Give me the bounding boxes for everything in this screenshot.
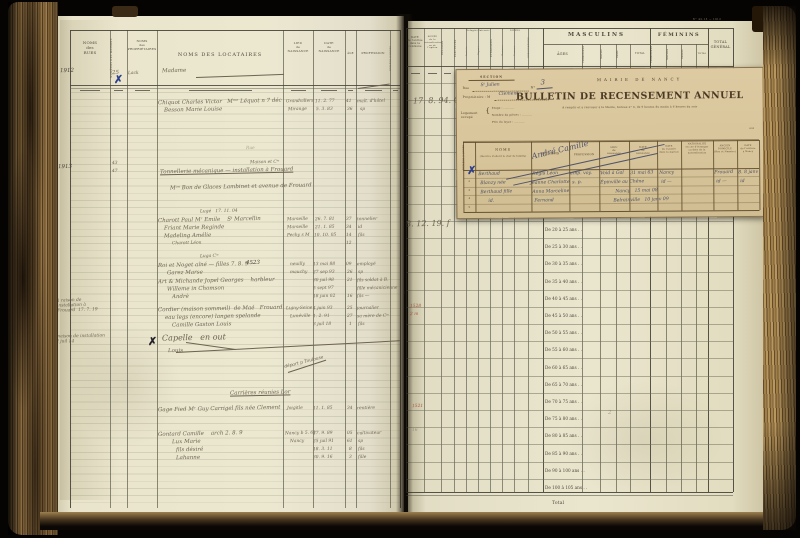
age-bracket-label: De 65 à 70 ans	[545, 382, 582, 387]
col-header-depart: Départ	[478, 38, 490, 64]
handwriting-entry: fille	[358, 455, 366, 460]
card-handwriting-entry: Blanzy née	[480, 180, 506, 186]
handwriting-entry: 30. 9. 16	[313, 455, 333, 460]
card-handwriting-entry: id	[740, 179, 745, 184]
col-header-fem-veuves: Veuves	[681, 45, 696, 64]
handwriting-entry: Willeme in Chomson	[167, 285, 224, 293]
card-row-number: 3	[463, 189, 475, 192]
grid-hline	[463, 210, 759, 213]
age-bracket-label: De 60 à 65 ans	[545, 365, 582, 370]
grid-hline	[406, 492, 733, 493]
handwriting-entry: sp	[358, 270, 363, 275]
handwriting-entry: 27	[347, 314, 353, 319]
card-handwriting-entry: emp. voy.	[570, 171, 592, 177]
handwriting-entry: fils —	[357, 294, 369, 299]
card-handwriting-entry: Anna Marceline	[532, 189, 569, 195]
age-bracket-label: De 45 à 50 ans	[545, 313, 582, 318]
handwriting-entry: Rue	[246, 146, 255, 151]
grid-hline	[135, 90, 150, 91]
age-bracket-label: De 85 à 90 ans	[545, 451, 582, 456]
handwriting-entry: fils désiré	[176, 447, 203, 454]
handwriting-entry: neuilly	[290, 262, 305, 267]
card-logement-label: Logement occupé	[461, 112, 487, 120]
age-bracket-label: De 35 à 40 ans	[545, 279, 582, 284]
age-bracket-label: De 55 à 60 ans	[545, 347, 582, 352]
scanned-census-register: NOMS des RUES NUMÉROS DES MAISONS NOMS d…	[0, 0, 800, 538]
grid-hline	[70, 30, 400, 31]
handwriting-entry: 05	[347, 431, 353, 436]
handwriting-entry: Garez Marse	[167, 270, 203, 277]
grid-hline	[406, 393, 733, 394]
card-col-date-naissance: DATE de naissance	[629, 146, 657, 156]
edge-shadow	[8, 2, 58, 535]
grp-header-masculins: MASCULINS	[543, 32, 650, 39]
handwriting-entry: employé	[357, 262, 376, 267]
handwriting-entry: Nancy b 5. 61	[285, 431, 316, 437]
page-tab	[112, 6, 138, 17]
handwriting-entry: Lugé 17. 11. 04	[200, 209, 238, 215]
card-main-title: BULLETIN DE RECENSEMENT ANNUEL	[497, 90, 763, 104]
handwriting-entry: Maison et Cⁱᵉ	[250, 160, 279, 166]
grid-vline	[759, 140, 760, 210]
handwriting-entry: fils	[358, 447, 365, 452]
age-bracket-label: De 20 à 25 ans	[545, 227, 582, 232]
grid-hline	[428, 73, 437, 74]
handwriting-entry: 11. 1. 85	[313, 406, 333, 411]
card-col-date-entree-maison: DATE de l'entrée dans la maison	[657, 146, 681, 155]
handwriting-entry: 1912	[60, 68, 74, 75]
grid-hline	[406, 444, 733, 445]
col-header-profession: PROFESSION	[356, 52, 390, 56]
handwriting-entry: Luga Cⁱᵉ	[200, 254, 219, 259]
card-handwriting-entry: Berthaud	[478, 172, 500, 178]
col-header-total-general: TOTAL GÉNÉRAL	[708, 40, 733, 49]
age-bracket-label: De 25 à 30 ans	[545, 244, 582, 249]
grp-header-feminins: FÉMININS	[650, 32, 708, 39]
handwriting-entry: Lahanne	[176, 455, 200, 462]
grid-hline	[406, 495, 733, 496]
handwriting-entry: 47	[112, 169, 118, 174]
handwriting-entry: 13 mai 88	[313, 262, 335, 268]
handwriting-entry: 18. 3. 11	[313, 447, 333, 452]
handwriting-entry: rentière	[357, 406, 375, 411]
grid-hline	[406, 238, 733, 239]
card-handwriting-entry: id —	[661, 179, 672, 185]
handwriting-entry: 26. 7. 81	[315, 217, 335, 222]
handwriting-entry: fils	[358, 322, 365, 327]
handwriting-entry: 27 sep 93	[313, 270, 335, 276]
handwriting-entry: 4523	[246, 260, 260, 267]
grid-vline	[110, 30, 111, 508]
grid-hline	[189, 90, 252, 91]
age-bracket-label: De 75 à 80 ans	[545, 416, 582, 421]
grid-hline	[348, 90, 354, 91]
grid-hline	[406, 479, 733, 480]
grid-hline	[406, 341, 733, 342]
handwriting-entry: 5 sept 97	[313, 286, 334, 291]
handwriting-entry: Lux Marie	[172, 439, 201, 446]
handwriting-entry: maît. d'hôtel	[357, 99, 385, 105]
grid-hline	[321, 90, 337, 91]
col-header-femmes: Femmes	[514, 38, 528, 64]
handwriting-entry: 41	[346, 99, 352, 104]
handwriting-entry: 25	[347, 306, 353, 311]
grid-hline	[406, 272, 733, 273]
handwriting-entry: fils soldat à B.	[357, 278, 389, 284]
handwriting-entry: 61	[347, 439, 353, 444]
card-handwriting-entry: Void à Gal	[600, 171, 624, 177]
handwriting-entry: cultivateur	[357, 431, 381, 437]
col-header-lieu: LIEU de NAISSANCE	[283, 42, 313, 54]
card-loyer-label: Prix du loyer : ..........	[492, 120, 562, 124]
col-header-masc-maries: Mariés	[600, 45, 616, 64]
card-pieces-label: Nombre de pièces : ..........	[492, 113, 562, 117]
plate-reference: N° 42-13 — 1912	[672, 18, 742, 21]
handwriting-entry: 2	[608, 410, 612, 416]
col-header-annee-naturalisation: ANNÉE de la naturalisation ou de l'optio…	[424, 36, 441, 50]
card-section-label: SECTION	[469, 76, 515, 81]
handwriting-entry: Carrières réunies Lor	[230, 389, 290, 397]
handwriting-entry: 14	[346, 233, 352, 238]
col-header-age: ÂGE	[345, 52, 356, 55]
grid-hline	[543, 44, 708, 45]
handwriting-entry: 11. 2. 77	[315, 99, 335, 104]
grid-hline	[406, 28, 733, 29]
col-header-ages: ÂGES	[543, 52, 582, 57]
handwriting-entry: 34	[347, 406, 353, 411]
card-print-number: 600	[745, 128, 759, 131]
card-col-profession: PROFESSION	[569, 153, 599, 157]
handwriting-entry: 37	[346, 217, 352, 222]
age-bracket-label: De 40 à 45 ans	[545, 296, 582, 301]
handwriting-entry: Lunéville	[290, 314, 311, 319]
card-mairie-title: MAIRIE DE NANCY	[517, 76, 763, 83]
handwriting-entry: Marseille	[287, 225, 308, 230]
card-col-noms: NOMS	[475, 148, 531, 153]
grid-vline	[127, 30, 128, 508]
handwriting-entry: maison de installation 2 juil 14	[56, 333, 105, 344]
handwriting-entry: Grandvillers	[286, 99, 314, 105]
col-header-fem-celibataires: Célibataires	[650, 45, 666, 64]
handwriting-entry: id	[358, 225, 362, 230]
handwriting-entry: 21. 1. 85	[315, 225, 335, 230]
card-handwriting-entry: Berthaud fille	[480, 189, 512, 195]
col-header-fem-total: TOTAL	[696, 53, 708, 56]
handwriting-entry: Nancy	[290, 439, 304, 444]
handwriting-entry: 1913	[58, 164, 72, 171]
col-header-date: DATE de NAISSANCE	[313, 42, 345, 54]
card-handwriting-entry: Sᵗ Julien	[481, 83, 500, 89]
handwriting-entry: 1. 2. 91	[313, 314, 330, 319]
card-handwriting-entry: Fernand	[534, 198, 554, 204]
grid-hline	[406, 358, 733, 359]
handwriting-entry: Ligny-Seine	[286, 306, 312, 312]
handwriting-entry: Capelle en out	[162, 332, 226, 343]
handwriting-entry: ✗	[148, 336, 157, 349]
handwriting-entry: Marseille	[287, 217, 308, 222]
handwriting-entry: 09	[346, 262, 352, 267]
grid-hline	[406, 462, 733, 463]
handwriting-entry: Lack	[128, 71, 139, 76]
handwriting-entry: ✗	[114, 74, 123, 87]
age-bracket-label: De 80 à 85 ans	[545, 433, 582, 438]
handwriting-entry: 3 juil 18	[313, 322, 331, 327]
handwriting-entry: 21	[347, 278, 353, 283]
handwriting-entry: Joigitle	[287, 406, 303, 411]
card-col-ancien-domicile: ANCIEN DOMICILE (Rue et Numéro)	[713, 145, 737, 154]
handwriting-entry: à raison de installation à Frouard 17. 7…	[57, 297, 98, 314]
card-no-label: N°	[531, 86, 541, 90]
edge-shadow	[763, 6, 796, 530]
handwriting-entry: 17. 8. 94. G	[413, 96, 460, 106]
col-header-masc-total: TOTAL	[630, 52, 650, 55]
handwriting-entry: fils	[358, 233, 365, 238]
card-handwriting-entry: Nancy	[659, 170, 674, 176]
grid-hline	[406, 376, 733, 377]
grid-hline	[291, 90, 306, 91]
grid-hline	[114, 90, 123, 91]
grid-vline	[283, 30, 284, 508]
handwriting-entry: Camille Gaston Louis	[172, 321, 232, 329]
card-proprietaire-label: Propriétaire : M	[463, 96, 497, 100]
handwriting-entry: Andrè	[172, 294, 189, 301]
age-bracket-label: De 100 à 105 ans	[545, 485, 587, 490]
grid-hline	[463, 202, 759, 205]
card-handwriting-entry: 8. 8 janv	[738, 170, 758, 176]
handwriting-entry: 10. 10. 05	[314, 233, 336, 239]
handwriting-entry: tonnelier	[357, 217, 377, 222]
card-col-noms-note: (Inscrire d'abord le chef de famille)	[475, 156, 531, 159]
handwriting-entry: 30 juil 98	[313, 278, 334, 284]
card-handwriting-entry: 31 mai 63	[630, 170, 653, 176]
card-handwriting-entry: Frouard	[714, 170, 733, 176]
handwriting-entry: 26	[347, 270, 353, 275]
handwriting-entry: 5. 3. 83	[316, 107, 333, 112]
grid-vline	[390, 30, 391, 508]
book-gutter-shadow	[396, 14, 413, 516]
handwriting-entry: 18 juin 02	[313, 294, 335, 300]
handwriting-entry: sa mère de Cⁱᵉ	[357, 314, 389, 320]
col-header-religion: RELIGION	[441, 31, 454, 65]
grid-vline	[70, 30, 71, 508]
col-header-fem-mariees: Mariées	[666, 45, 681, 64]
grid-hline	[406, 290, 733, 291]
grp-header-divers: DIVERS	[502, 30, 528, 33]
age-bracket-label: De 90 à 100 ans	[545, 468, 585, 473]
handwriting-entry: Madeling Amélie	[164, 233, 211, 240]
handwriting-entry: 34	[346, 225, 352, 230]
age-bracket-label: De 30 à 35 ans	[545, 261, 582, 266]
handwriting-entry: 25 juil 91	[313, 439, 334, 445]
handwriting-entry: 16	[347, 294, 353, 299]
col-header-masc-veufs: Veufs	[616, 45, 630, 64]
grid-hline	[444, 73, 451, 74]
handwriting-entry: 4 juin 93	[313, 306, 333, 311]
card-subtitle: À remplir et à renvoyer à la Mairie, bur…	[497, 105, 763, 110]
handwriting-entry: Pechy s M	[287, 233, 310, 239]
handwriting-entry: Friant Marie Reginde	[164, 224, 224, 232]
handwriting-entry: 43	[112, 161, 118, 166]
card-handwriting-entry: s. p.	[572, 180, 582, 186]
age-bracket-label: De 70 à 75 ans	[545, 399, 582, 404]
card-handwriting-entry: ✗	[467, 165, 477, 178]
card-handwriting-entry: 3	[540, 78, 545, 86]
card-handwriting-entry: Clement	[499, 91, 519, 97]
card-col-lieu-naissance: LIEU de naissance	[599, 146, 629, 156]
col-header-rues: NOMS des RUES	[70, 40, 110, 56]
totals-row-label: Total	[552, 501, 582, 507]
card-handwriting-entry: Belrainville 10 janv 09	[613, 197, 668, 204]
handwriting-entry: 27. 9. 89	[313, 431, 333, 436]
handwriting-entry: journalier	[357, 306, 379, 312]
grid-hline	[365, 90, 382, 91]
col-header-proprietaires: NOMS des PROPRIÉTAIRES	[127, 40, 157, 52]
card-handwriting-entry: Régis Léon	[532, 171, 558, 177]
col-header-masc-celibataires: Célibataires	[582, 45, 600, 64]
book-right-fore-edge	[763, 6, 796, 530]
grid-hline	[406, 410, 733, 411]
bulletin-recensement-card: SECTION Rue N° Propriétaire : M Logement…	[455, 67, 764, 219]
card-row-number: 4	[463, 197, 475, 200]
handwriting-entry: Besson Marie Louise	[164, 106, 222, 114]
handwriting-entry: sp	[358, 439, 363, 444]
grid-hline	[70, 88, 400, 89]
book-left-fore-edge	[8, 2, 58, 535]
card-col-nationalite: NATIONALITÉ en cas d'étranger ou date de…	[681, 143, 713, 155]
card-row-number: 2	[463, 180, 475, 183]
grid-hline	[463, 176, 759, 179]
grid-hline	[406, 221, 733, 222]
card-row-number: 5	[463, 206, 475, 209]
handwriting-entry: sp	[360, 107, 365, 112]
grid-hline	[406, 255, 733, 256]
col-header-observations: OBSERVATIONS	[528, 31, 543, 65]
grid-hline	[406, 307, 733, 308]
handwriting-entry: Madame	[162, 68, 186, 75]
card-handwriting-entry: id —	[716, 179, 727, 185]
book-bottom-edge	[40, 512, 782, 530]
handwriting-entry: 12	[346, 241, 352, 246]
handwriting-entry: 1521	[412, 404, 423, 409]
handwriting-entry: mauchy	[290, 270, 307, 275]
col-header-locataires: NOMS DES LOCATAIRES	[157, 52, 283, 59]
handwriting-entry: 8	[349, 447, 352, 452]
grid-hline	[406, 324, 733, 325]
handwriting-entry: Charott Léon	[172, 241, 202, 247]
grid-hline	[406, 427, 733, 428]
handwriting-entry: 3	[349, 455, 352, 460]
grid-hline	[80, 90, 100, 91]
age-bracket-label: De 50 à 55 ans	[545, 330, 582, 335]
card-col-date-arrivee: DATE de l'arrivée à Nancy	[737, 145, 759, 154]
card-handwriting-entry: Jeanne Charlotte	[530, 180, 570, 186]
handwriting-entry: fille mécanicienne	[357, 286, 398, 292]
handwriting-entry: 36	[347, 107, 353, 112]
handwriting-entry: 1	[349, 322, 352, 327]
brace-glyph: {	[485, 107, 491, 116]
card-handwriting-entry: id.	[488, 199, 494, 204]
handwriting-entry: Mirange	[288, 107, 307, 112]
